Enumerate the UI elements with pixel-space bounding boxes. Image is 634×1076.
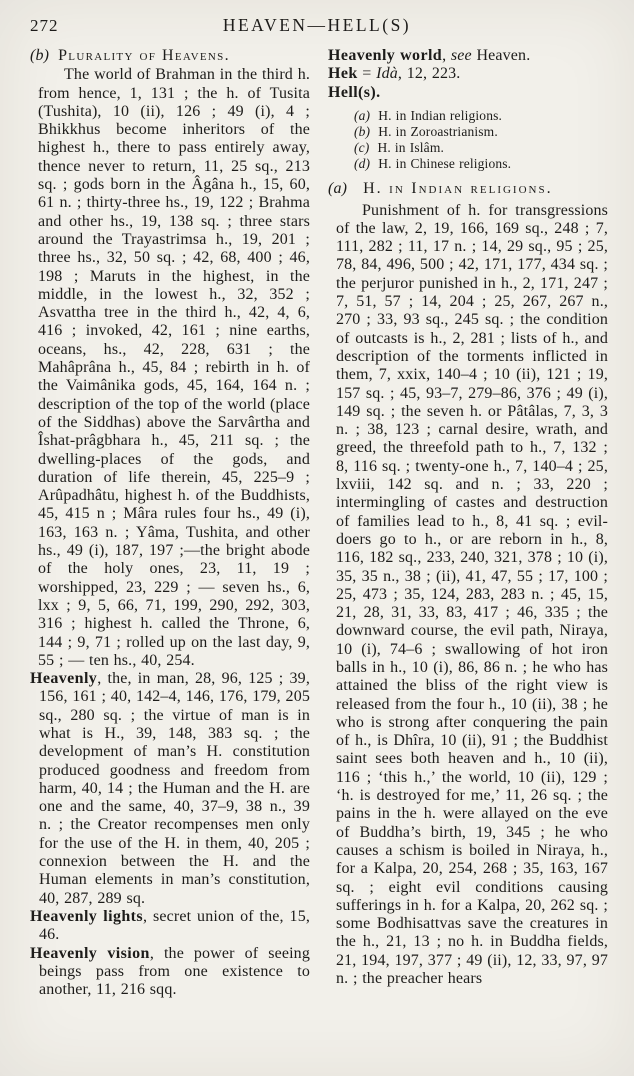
text-run: H. in Chinese religions.: [374, 156, 511, 171]
index-entry: Heavenly, the, in man, 28, 96, 125 ; 39,…: [30, 670, 310, 908]
section-heading: (b)Plurality of Heavens.: [30, 47, 310, 65]
text-run: , the, in man, 28, 96, 125 ; 39, 156, 16…: [39, 670, 310, 907]
text-run: (a): [328, 180, 347, 197]
text-run: The world of Brahman in the third h. fro…: [38, 66, 310, 669]
subentry-item: (a) H. in Indian religions.: [354, 108, 608, 124]
index-entry: Heavenly lights, secret union of the, 15…: [30, 908, 310, 945]
text-run: Punishment of h. for transgressions of t…: [336, 202, 608, 987]
entry-headword: Heavenly world: [328, 47, 442, 64]
text-run: H. in Zoroastrianism.: [374, 124, 498, 139]
text-run: (b): [30, 47, 49, 64]
text-run: (c): [354, 140, 369, 155]
text-run: Heaven.: [472, 47, 531, 64]
page-header: 272 HEAVEN—HELL(S): [0, 13, 634, 39]
text-run: (b): [354, 124, 370, 139]
entry-headword: Heavenly: [30, 670, 97, 687]
right-column: Heavenly world, see Heaven.Hek = Idà, 12…: [328, 47, 608, 1067]
entry-headword: Hek: [328, 65, 358, 82]
text-run: see: [451, 47, 472, 64]
index-entry: Hell(s).: [328, 84, 608, 102]
subentry-item: (c) H. in Islâm.: [354, 140, 608, 156]
index-entry: Heavenly world, see Heaven.: [328, 47, 608, 65]
entry-headword: Heavenly lights: [30, 908, 143, 925]
text-run: (d): [354, 156, 370, 171]
text-run: Plurality of Heavens.: [58, 47, 230, 64]
text-run: =: [358, 65, 376, 82]
running-head: HEAVEN—HELL(S): [0, 15, 634, 36]
book-page: 272 HEAVEN—HELL(S) (b)Plurality of Heave…: [0, 0, 634, 1076]
text-run: , 12, 223.: [398, 65, 461, 82]
subentry-item: (b) H. in Zoroastrianism.: [354, 124, 608, 140]
text-columns: (b)Plurality of Heavens.The world of Bra…: [30, 47, 608, 1067]
text-run: H. in Indian religions.: [374, 108, 502, 123]
text-run: H. in Islâm.: [373, 140, 444, 155]
left-column: (b)Plurality of Heavens.The world of Bra…: [30, 47, 310, 1067]
text-run: H. in Indian religions.: [363, 180, 552, 197]
index-paragraph: Punishment of h. for transgressions of t…: [336, 202, 608, 989]
index-paragraph: The world of Brahman in the third h. fro…: [38, 66, 310, 670]
subentry-list: (a) H. in Indian religions.(b) H. in Zor…: [354, 108, 608, 172]
entry-headword: Hell(s).: [328, 84, 381, 101]
entry-headword: Heavenly vision: [30, 945, 150, 962]
text-run: Idà: [376, 65, 398, 82]
index-entry: Hek = Idà, 12, 223.: [328, 65, 608, 83]
section-heading: (a)H. in Indian religions.: [328, 180, 608, 198]
subentry-item: (d) H. in Chinese religions.: [354, 156, 608, 172]
text-run: (a): [354, 108, 370, 123]
index-entry: Heavenly vision, the power of seeing bei…: [30, 945, 310, 1000]
text-run: ,: [442, 47, 451, 64]
